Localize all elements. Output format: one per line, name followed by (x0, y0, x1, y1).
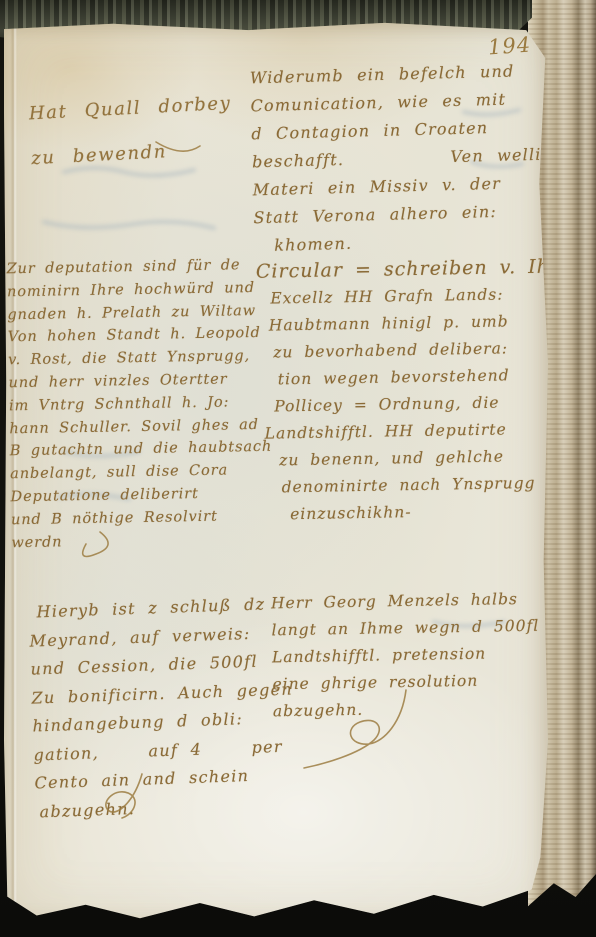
entry1-main-text: Widerumb ein befelch undComunication, wi… (249, 56, 585, 261)
manuscript-line: abzugehn. (273, 694, 541, 726)
manuscript-line: werdn (11, 527, 274, 554)
manuscript-page: 194 Hat Quall dorbeyzu bewendn Widerumb … (4, 22, 548, 920)
manuscript-line: B gutachtn und die haubtsach (10, 436, 273, 463)
entry2-main-text: Circular = schreiben v. IhroExcellz HH G… (256, 253, 577, 528)
manuscript-line: Circular = schreiben v. Ihro (256, 253, 573, 286)
manuscript-line: langt an Ihme wegn d 500fl (271, 613, 539, 645)
entry3-main-text: Herr Georg Menzels halbslangt an Ihme we… (271, 586, 541, 726)
manuscript-line: denominirte nach Ynsprugg (281, 469, 576, 501)
entry2-margin-resolution: Zur deputation sind für denominirn Ihre … (6, 254, 274, 555)
manuscript-scan: 194 Hat Quall dorbeyzu bewendn Widerumb … (0, 0, 596, 937)
page-number: 194 (487, 33, 532, 60)
entry3-margin-resolution: Hieryb ist z schluß dzMeyrand, auf verwe… (28, 590, 297, 827)
manuscript-line: einzuschikhn- (290, 496, 577, 528)
margin-note-entry1: Hat Quall dorbeyzu bewendn (28, 81, 235, 181)
manuscript-line: v. Rost, die Statt Ynsprugg, (8, 345, 271, 372)
